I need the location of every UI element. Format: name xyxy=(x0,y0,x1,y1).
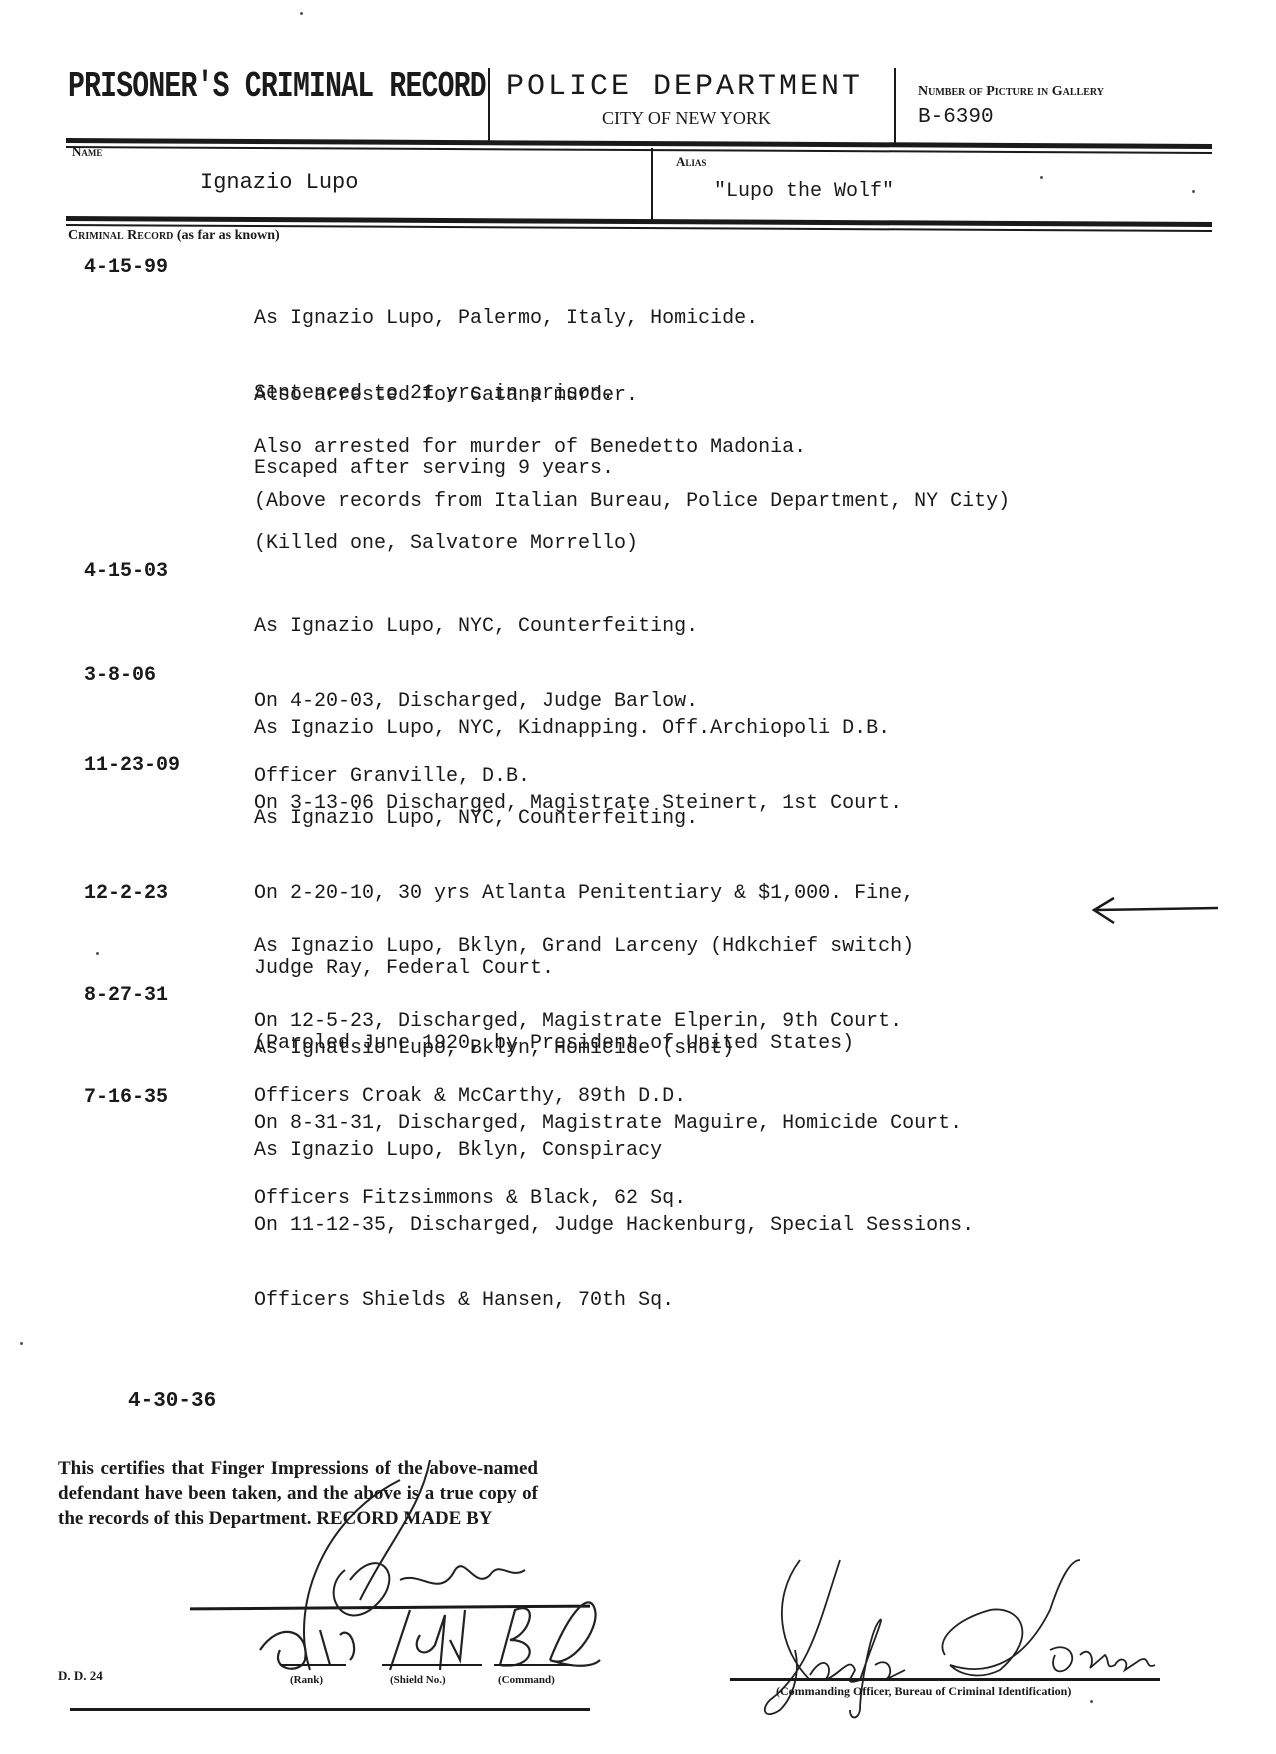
scan-speck xyxy=(300,12,303,15)
entry-line: Officers Shields & Hansen, 70th Sq. xyxy=(254,1288,974,1313)
scan-speck xyxy=(1192,190,1195,193)
footer-rule xyxy=(70,1708,590,1711)
form-title: PRISONER'S CRIMINAL RECORD xyxy=(68,66,486,107)
scan-speck xyxy=(1040,176,1043,179)
command-field: (Command) xyxy=(498,1670,555,1688)
scan-speck xyxy=(20,1342,23,1345)
entry-details: As Ignazio Lupo, Palermo, Italy, Homicid… xyxy=(254,256,758,581)
form-number: D. D. 24 xyxy=(58,1668,103,1684)
command-line xyxy=(494,1664,572,1666)
entry-details: As Ignazio Lupo, Bklyn, Conspiracy On 11… xyxy=(254,1088,974,1338)
entry-note: (Above records from Italian Bureau, Poli… xyxy=(254,490,1010,513)
commanding-signature-line xyxy=(730,1678,1160,1681)
header-divider xyxy=(894,68,896,146)
entry-line: As Ignatsio Lupo, Bklyn, Homicide (shot) xyxy=(254,1036,962,1061)
entry-date: 7-16-35 xyxy=(84,1086,168,1109)
criminal-record-qualifier: (as far as known) xyxy=(177,228,280,243)
name-alias-divider xyxy=(651,148,653,224)
city-name: CITY OF NEW YORK xyxy=(602,108,771,129)
commanding-officer-signature xyxy=(750,1560,1230,1730)
entry-line: (Killed one, Salvatore Morrello) xyxy=(254,531,758,556)
entry-date: 8-27-31 xyxy=(84,984,168,1007)
entry-note: Also arrested for murder of Benedetto Ma… xyxy=(254,436,806,459)
entry-date: 4-15-99 xyxy=(84,256,168,279)
arrow-left-icon xyxy=(1090,896,1220,926)
gallery-number-label: Number of Picture in Gallery xyxy=(918,84,1104,100)
scan-speck xyxy=(1090,1700,1093,1703)
entry-date: 12-2-23 xyxy=(84,882,168,905)
entry-line: As Ignazio Lupo, Bklyn, Grand Larceny (H… xyxy=(254,934,914,959)
subject-name: Ignazio Lupo xyxy=(200,170,358,195)
department-name: POLICE DEPARTMENT xyxy=(506,70,863,104)
criminal-record-title: Criminal Record xyxy=(68,228,173,243)
entry-date: 11-23-09 xyxy=(84,754,180,777)
rank-label: (Rank) xyxy=(290,1674,323,1686)
entry-line: Escaped after serving 9 years. xyxy=(254,456,758,481)
command-label: (Command) xyxy=(498,1674,555,1686)
record-date: 4-30-36 xyxy=(128,1390,216,1413)
entry-date: 3-8-06 xyxy=(84,664,156,687)
rank-line xyxy=(280,1664,346,1666)
officer-signature xyxy=(250,1460,610,1680)
entry-line: As Ignazio Lupo, NYC, Kidnapping. Off.Ar… xyxy=(254,716,902,741)
entry-note: Also arrested for Catana murder. xyxy=(254,384,638,407)
entry-line: On 11-12-35, Discharged, Judge Hackenbur… xyxy=(254,1213,974,1238)
gallery-number: B-6390 xyxy=(918,106,994,129)
entry-line: As Ignazio Lupo, NYC, Counterfeiting. xyxy=(254,614,698,639)
rank-field: (Rank) xyxy=(290,1670,323,1688)
entry-date: 4-15-03 xyxy=(84,560,168,583)
commanding-officer-label: (Commanding Officer, Bureau of Criminal … xyxy=(776,1684,1071,1699)
entry-line: As Ignazio Lupo, NYC, Counterfeiting. xyxy=(254,806,914,831)
shield-field: (Shield No.) xyxy=(390,1670,446,1688)
header-divider xyxy=(488,68,490,142)
alias-label: Alias xyxy=(676,154,706,170)
entry-line: As Ignazio Lupo, Palermo, Italy, Homicid… xyxy=(254,306,758,331)
name-label: Name xyxy=(72,144,102,160)
entry-line: As Ignazio Lupo, Bklyn, Conspiracy xyxy=(254,1138,974,1163)
scan-speck xyxy=(96,952,99,955)
criminal-record-label: Criminal Record (as far as known) xyxy=(68,228,280,244)
shield-label: (Shield No.) xyxy=(390,1674,446,1686)
shield-line xyxy=(382,1664,482,1666)
subject-alias: "Lupo the Wolf" xyxy=(714,180,894,203)
